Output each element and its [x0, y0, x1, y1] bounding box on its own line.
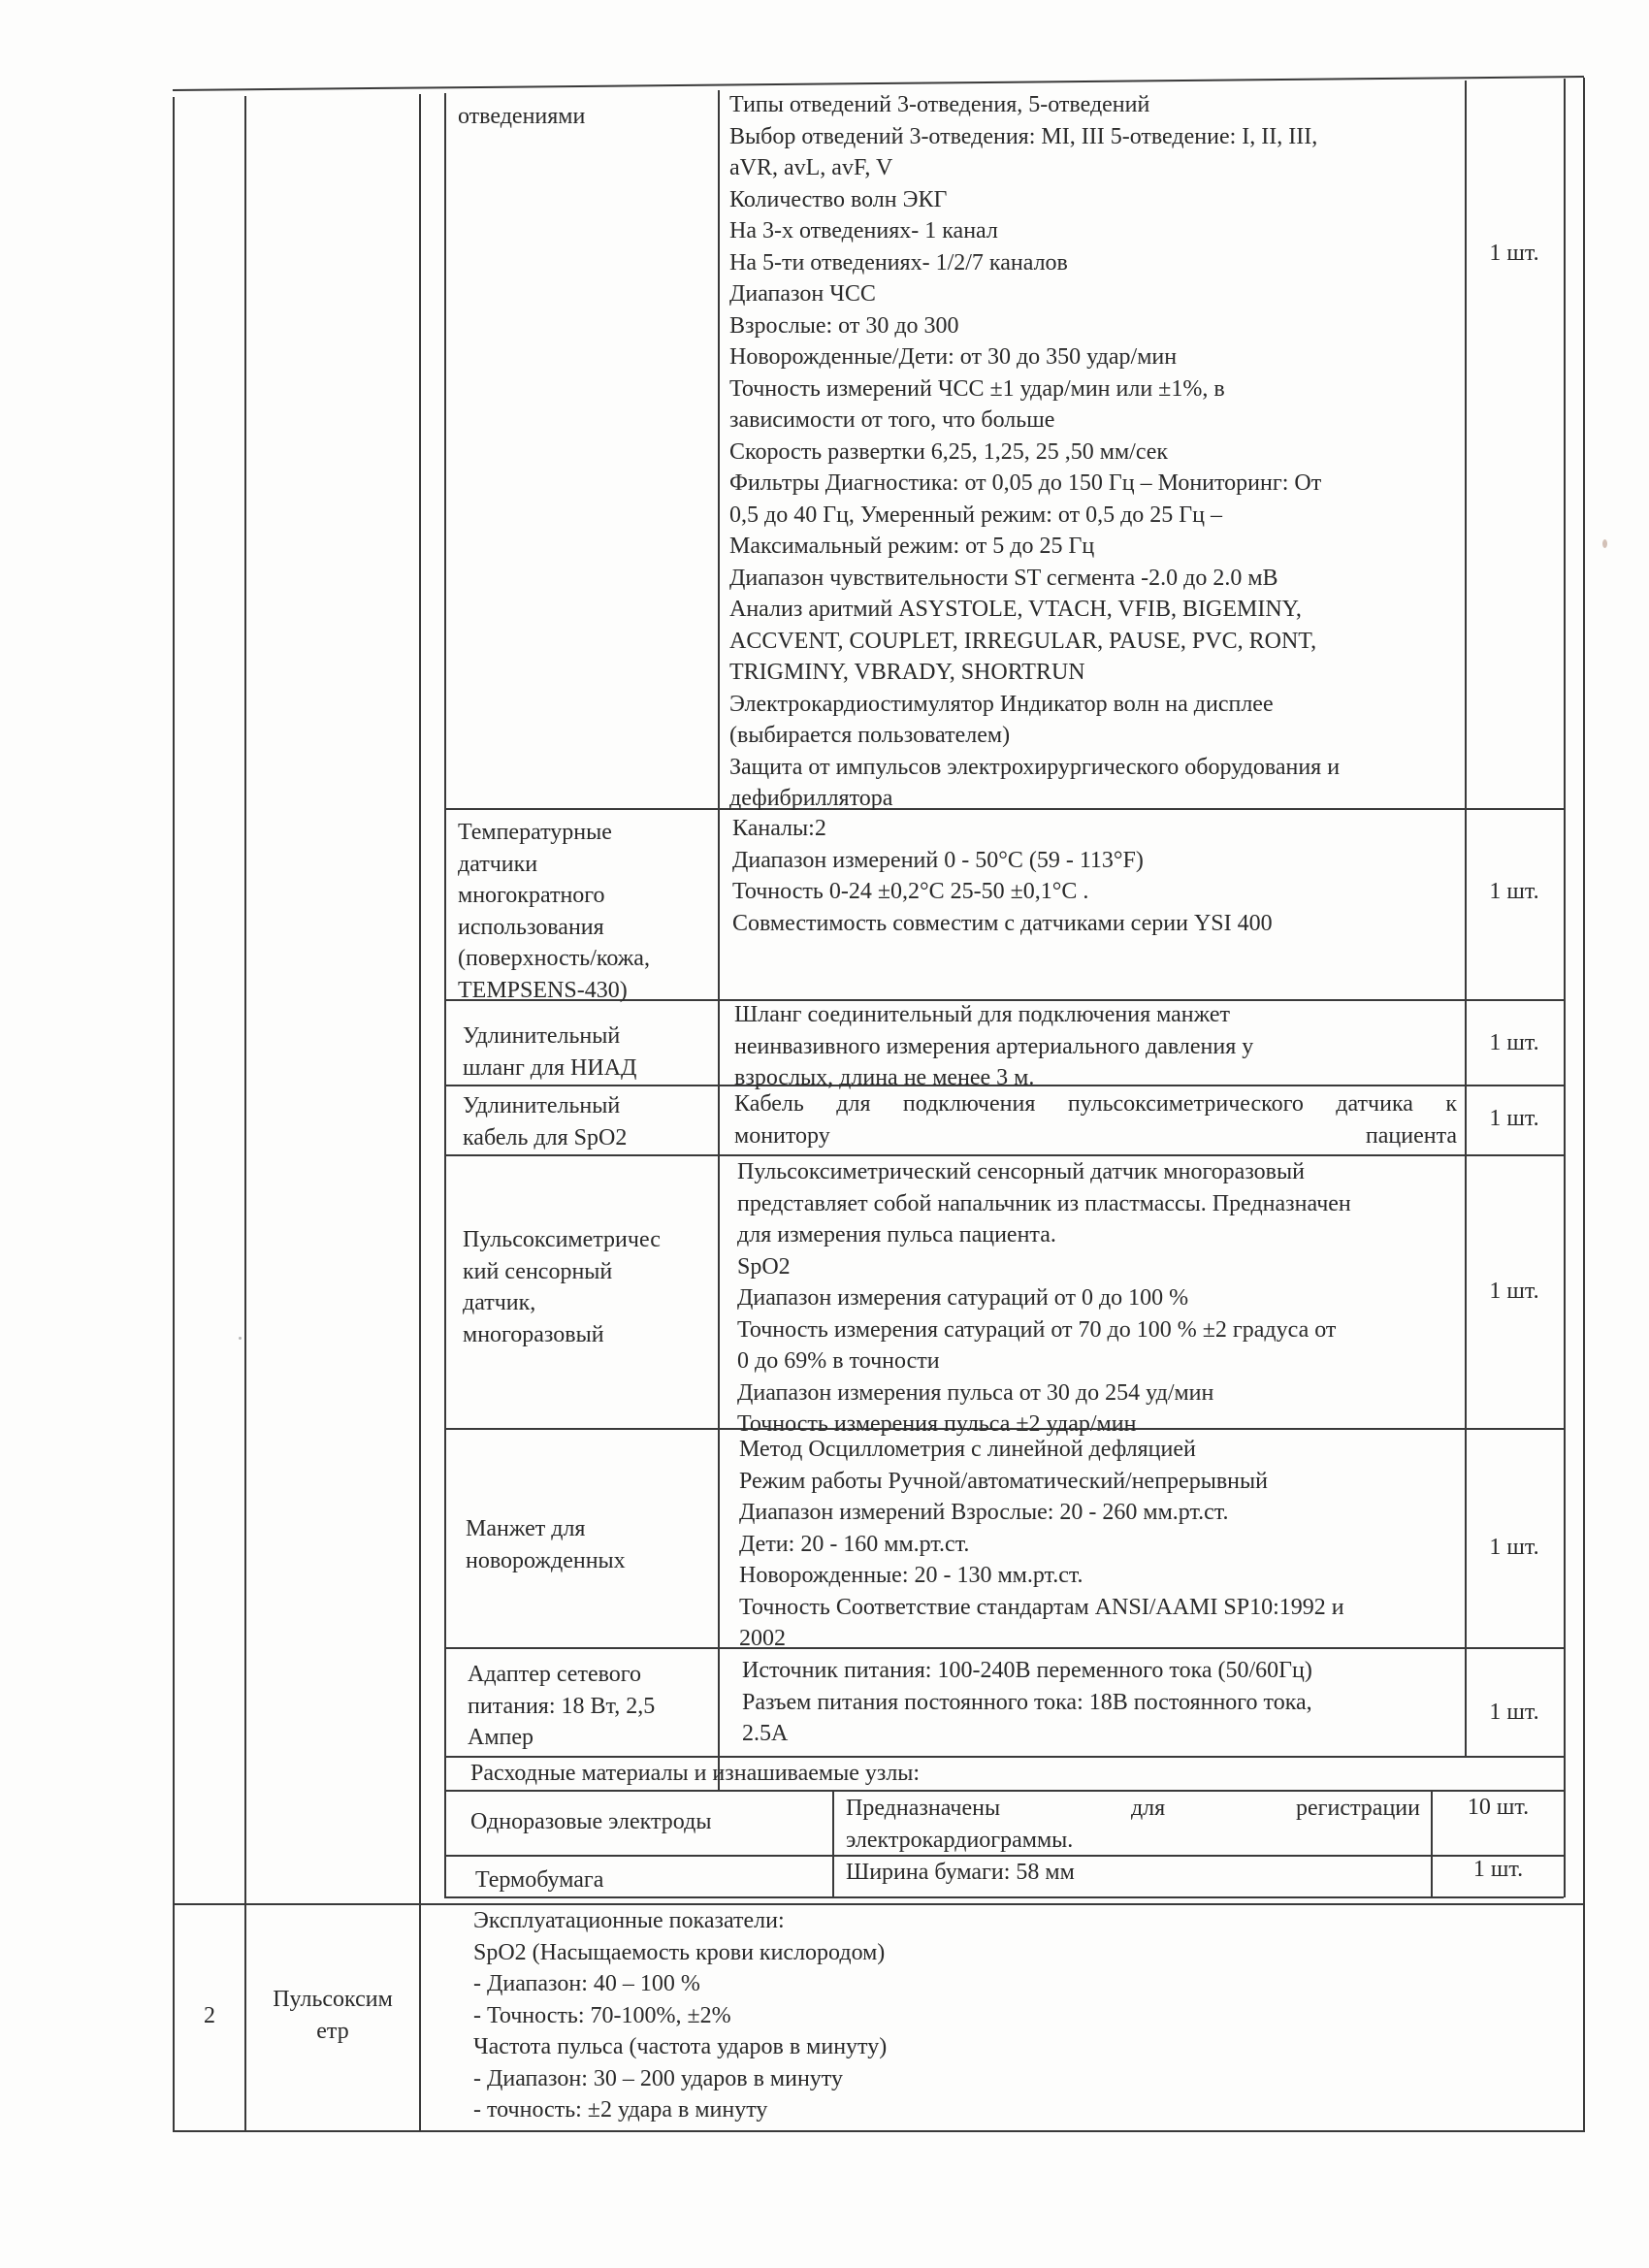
component-desc-spo2-cable: Кабель для подключения пульсоксиметричес…: [734, 1088, 1457, 1151]
component-qty-ecg: 1 шт.: [1467, 241, 1562, 267]
description-line: TRIGMINY, VBRADY, SHORTRUN: [729, 657, 1340, 689]
description-line: Типы отведений 3-отведения, 5-отведений: [729, 89, 1340, 121]
description-line: Новорожденные/Дети: от 30 до 350 удар/ми…: [729, 341, 1340, 373]
scan-speck: [1602, 539, 1607, 548]
name-line: кабель для SpO2: [463, 1122, 627, 1154]
name-line: многоразовый: [463, 1319, 661, 1351]
description-line: Защита от импульсов электрохирургическог…: [729, 752, 1340, 784]
description-line: Кабель для подключения пульсоксиметричес…: [734, 1088, 1457, 1120]
consumable-desc-thermopaper: Ширина бумаги: 58 мм: [846, 1857, 1075, 1889]
component-desc-cuff: Метод Осциллометрия с линейной дефляцией…: [739, 1434, 1344, 1655]
description-line: Дети: 20 - 160 мм.рт.ст.: [739, 1529, 1344, 1561]
inner-desc-border: [718, 90, 720, 1790]
scan-speck: [239, 1337, 242, 1340]
component-name-spo2-cable: Удлинительныйкабель для SpO2: [463, 1090, 627, 1153]
description-line: На 3-х отведениях- 1 канал: [729, 215, 1340, 247]
description-line: представляет собой напальчник из пластма…: [737, 1188, 1460, 1220]
component-desc-adapter: Источник питания: 100-240В переменного т…: [742, 1655, 1312, 1750]
consumable-desc-electrodes: Предназначеныдлярегистрации электрокарди…: [846, 1793, 1420, 1856]
component-name-temp: Температурныедатчикимногократногоиспольз…: [458, 817, 650, 1006]
consumable-qty-thermopaper: 1 шт.: [1433, 1857, 1564, 1883]
description-line: Метод Осциллометрия с линейной дефляцией: [739, 1434, 1344, 1466]
component-name-cuff: Манжет дляноворожденных: [466, 1513, 626, 1576]
consumables-header: Расходные материалы и изнашиваемые узлы:: [470, 1758, 920, 1790]
description-line: Точность измерения сатураций от 70 до 10…: [737, 1314, 1460, 1346]
name-line: шланг для НИАД: [463, 1053, 636, 1085]
description-line: - точность: ±2 удара в минуту: [473, 2094, 887, 2126]
outer-left-border: [173, 97, 175, 2132]
name-line: многократного: [458, 880, 650, 912]
description-line: неинвазивного измерения артериального да…: [734, 1031, 1253, 1063]
description-line: Диапазон измерений Взрослые: 20 - 260 мм…: [739, 1497, 1344, 1529]
row-sep-consumables-header: [444, 1790, 1564, 1792]
component-qty-nibp: 1 шт.: [1467, 1030, 1562, 1056]
name-line: Ампер: [468, 1722, 655, 1754]
component-qty-spo2-sensor: 1 шт.: [1467, 1279, 1562, 1305]
description-line: Частота пульса (частота ударов в минуту): [473, 2031, 887, 2063]
consumable-name-electrodes: Одноразовые электроды: [470, 1806, 711, 1838]
component-desc-nibp: Шланг соединительный для подключения ман…: [734, 999, 1253, 1094]
name-line: кий сенсорный: [463, 1256, 661, 1288]
description-line: Каналы:2: [732, 813, 1273, 845]
name-line: Удлинительный: [463, 1021, 636, 1053]
col-number-border: [244, 96, 246, 2132]
description-line: 2.5А: [742, 1718, 1312, 1750]
consumable-name-thermopaper: Термобумага: [475, 1864, 603, 1896]
component-name-nibp: Удлинительныйшланг для НИАД: [463, 1021, 636, 1084]
component-name-ecg: отведениями: [458, 101, 585, 133]
description-line: Пульсоксиметрический сенсорный датчик мн…: [737, 1156, 1460, 1188]
inner-qty-border: [1465, 81, 1467, 1756]
name-line: Манжет для: [466, 1513, 626, 1545]
component-qty-temp: 1 шт.: [1467, 879, 1562, 905]
description-line: 2002: [739, 1623, 1344, 1655]
description-line: монитору пациента: [734, 1120, 1457, 1152]
description-line: Диапазон ЧСС: [729, 278, 1340, 310]
description-line: Анализ аритмий ASYSTOLE, VTACH, VFIB, BI…: [729, 594, 1340, 626]
description-line: Разъем питания постоянного тока: 18В пос…: [742, 1687, 1312, 1719]
name-line: Температурные: [458, 817, 650, 849]
description-line: aVR, avL, avF, V: [729, 152, 1340, 184]
description-line: - Диапазон: 40 – 100 %: [473, 1968, 887, 2000]
name-line: датчик,: [463, 1287, 661, 1319]
description-line: Эксплуатационные показатели:: [473, 1905, 887, 1937]
component-name-adapter: Адаптер сетевогопитания: 18 Вт, 2,5Ампер: [468, 1659, 655, 1754]
description-line: Точность Соответствие стандартам ANSI/AA…: [739, 1592, 1344, 1624]
row-2-number: 2: [175, 2000, 244, 2032]
description-line: Диапазон измерений 0 - 50°C (59 - 113°F): [732, 845, 1273, 877]
inner-right-border: [1564, 79, 1566, 1897]
description-line: Шланг соединительный для подключения ман…: [734, 999, 1253, 1031]
description-line: Новорожденные: 20 - 130 мм.рт.ст.: [739, 1560, 1344, 1592]
table-bottom-border: [173, 2130, 1584, 2132]
description-line: Взрослые: от 30 до 300: [729, 310, 1340, 342]
description-line: Максимальный режим: от 5 до 25 Гц: [729, 531, 1340, 563]
component-desc-temp: Каналы:2Диапазон измерений 0 - 50°C (59 …: [732, 813, 1273, 939]
outer-right-border: [1583, 78, 1585, 2132]
description-line: зависимости от того, что больше: [729, 405, 1340, 437]
description-line: SpO2 (Насыщаемость крови кислородом): [473, 1937, 887, 1969]
row-2-description: Эксплуатационные показатели:SpO2 (Насыща…: [473, 1905, 887, 2126]
component-desc-ecg: Типы отведений 3-отведения, 5-отведенийВ…: [729, 89, 1340, 815]
description-line: Точность измерений ЧСС ±1 удар/мин или ±…: [729, 373, 1340, 405]
description-line: 0,5 до 40 Гц, Умеренный режим: от 0,5 до…: [729, 500, 1340, 532]
description-line: ACCVENT, COUPLET, IRREGULAR, PAUSE, PVC,…: [729, 626, 1340, 658]
name-line: питания: 18 Вт, 2,5: [468, 1691, 655, 1723]
row-2-name: Пульсоксиметр: [246, 1984, 419, 2047]
description-line: Совместимость совместим с датчиками сери…: [732, 908, 1273, 940]
name-line: Пульсоксим: [246, 1984, 419, 2016]
component-qty-spo2-cable: 1 шт.: [1467, 1106, 1562, 1132]
inner-left-border: [444, 93, 446, 1897]
description-line: - Диапазон: 30 – 200 ударов в минуту: [473, 2063, 887, 2095]
name-line: Удлинительный: [463, 1090, 627, 1122]
description-line: Источник питания: 100-240В переменного т…: [742, 1655, 1312, 1687]
name-line: новорожденных: [466, 1545, 626, 1577]
name-line: TEMPSENS-430): [458, 975, 650, 1007]
name-line: использования: [458, 912, 650, 944]
component-qty-adapter: 1 шт.: [1467, 1700, 1562, 1726]
description-line: Скорость развертки 6,25, 1,25, 25 ,50 мм…: [729, 437, 1340, 469]
description-line: SpO2: [737, 1251, 1460, 1283]
description-line: Точность 0-24 ±0,2°C 25-50 ±0,1°C .: [732, 876, 1273, 908]
description-line: На 5-ти отведениях- 1/2/7 каналов: [729, 247, 1340, 279]
description-line: Выбор отведений 3-отведения: MI, III 5-о…: [729, 121, 1340, 153]
name-line: (поверхность/кожа,: [458, 943, 650, 975]
description-line: Электрокардиостимулятор Индикатор волн н…: [729, 689, 1340, 721]
description-line: Диапазон измерения сатураций от 0 до 100…: [737, 1282, 1460, 1314]
description-line: для измерения пульса пациента.: [737, 1219, 1460, 1251]
name-line: етр: [246, 2016, 419, 2048]
component-name-spo2-sensor: Пульсоксиметрический сенсорныйдатчик,мно…: [463, 1224, 661, 1350]
description-line: Диапазон измерения пульса от 30 до 254 у…: [737, 1377, 1460, 1409]
name-line: Адаптер сетевого: [468, 1659, 655, 1691]
description-line: дефибриллятора: [729, 783, 1340, 815]
description-line: Диапазон чувствительности ST сегмента -2…: [729, 563, 1340, 595]
name-line: датчики: [458, 849, 650, 881]
description-line: (выбирается пользователем): [729, 720, 1340, 752]
consumables-desc-border: [832, 1790, 834, 1896]
component-desc-spo2-sensor: Пульсоксиметрический сенсорный датчик мн…: [737, 1156, 1460, 1441]
description-line: Режим работы Ручной/автоматический/непре…: [739, 1466, 1344, 1498]
name-line: Пульсоксиметричес: [463, 1224, 661, 1256]
component-qty-cuff: 1 шт.: [1467, 1535, 1562, 1561]
consumable-qty-electrodes: 10 шт.: [1433, 1795, 1564, 1821]
inner-bottom-border: [444, 1896, 1564, 1898]
col-name-border: [419, 94, 421, 2132]
description-line: 0 до 69% в точности: [737, 1345, 1460, 1377]
description-line: - Точность: 70-100%, ±2%: [473, 2000, 887, 2032]
description-line: Фильтры Диагностика: от 0,05 до 150 Гц –…: [729, 468, 1340, 500]
description-line: Количество волн ЭКГ: [729, 184, 1340, 216]
